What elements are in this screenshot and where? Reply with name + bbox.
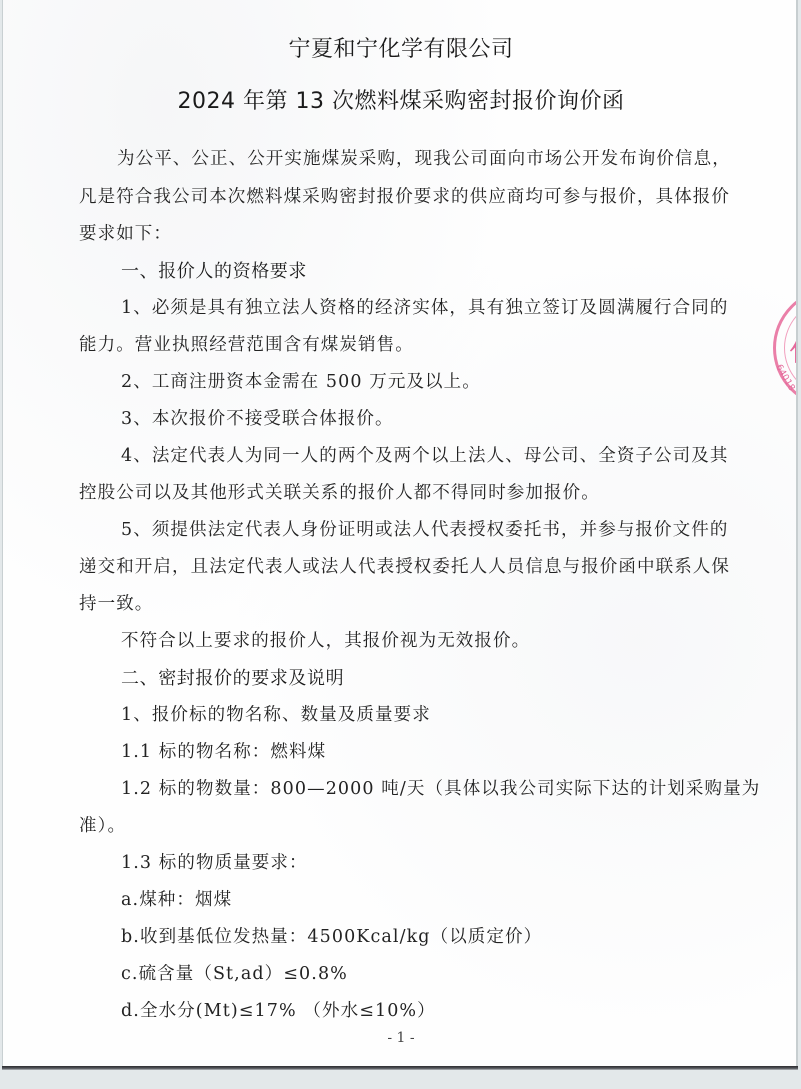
section-2-line-4: 准）。 <box>79 812 126 837</box>
section-2-line-6: a.煤种：烟煤 <box>121 886 232 911</box>
section-2-line-1: 1、报价标的物名称、数量及质量要求 <box>121 701 431 726</box>
section-2-line-5: 1.3 标的物质量要求： <box>121 849 308 874</box>
document-page: 宁夏和宁化学有限公司 2024 年第 13 次燃料煤采购密封报价询价函 为公平、… <box>2 0 798 1068</box>
section-2-line-7: b.收到基低位发热量：4500Kcal/kg（以质定价） <box>121 923 542 948</box>
section-1-line-5: 4、法定代表人为同一人的两个及两个以上法人、母公司、全资子公司及其 <box>121 442 728 467</box>
intro-line-3: 要求如下： <box>79 220 172 245</box>
page-bottom-shadow <box>2 1066 798 1070</box>
section-1-line-7: 5、须提供法定代表人身份证明或法人代表授权委托书，并参与报价文件的 <box>121 516 728 541</box>
section-1-line-10: 不符合以上要求的报价人，其报价视为无效报价。 <box>121 627 530 652</box>
company-name: 宁夏和宁化学有限公司 <box>3 32 798 63</box>
section-2-line-8: c.硫含量（St,ad）≤0.8% <box>121 960 348 985</box>
section-2-line-9: d.全水分(Mt)≤17% （外水≤10%） <box>121 997 436 1022</box>
section-1-heading: 一、报价人的资格要求 <box>121 257 307 283</box>
section-1-line-1: 1、必须是具有独立法人资格的经济实体，具有独立签订及圆满履行合同的 <box>121 294 728 319</box>
section-1-line-2: 能力。营业执照经营范围含有煤炭销售。 <box>79 331 414 356</box>
document-viewer: 宁夏和宁化学有限公司 2024 年第 13 次燃料煤采购密封报价询价函 为公平、… <box>0 0 801 1089</box>
stamp-character: 化 <box>790 325 798 369</box>
section-2-line-2: 1.1 标的物名称：燃料煤 <box>121 738 326 763</box>
section-2-line-3: 1.2 标的物数量：800—2000 吨/天（具体以我公司实际下达的计划采购量为 <box>121 775 760 800</box>
section-1-line-3: 2、工商注册资本金需在 500 万元及以上。 <box>121 368 481 393</box>
page-number: - 1 - <box>3 1030 798 1046</box>
company-seal-stamp: 化 64018 <box>773 288 798 408</box>
intro-line-2: 凡是符合我公司本次燃料煤采购密封报价要求的供应商均可参与报价，具体报价 <box>79 183 730 208</box>
intro-line-1: 为公平、公正、公开实施煤炭采购，现我公司面向市场公开发布询价信息， <box>117 145 731 170</box>
section-1-line-9: 持一致。 <box>79 590 153 615</box>
section-1-line-8: 递交和开启，且法定代表人或法人代表授权委托人人员信息与报价函中联系人保 <box>79 553 730 578</box>
document-title: 2024 年第 13 次燃料煤采购密封报价询价函 <box>3 84 798 115</box>
section-1-line-4: 3、本次报价不接受联合体报价。 <box>121 405 394 430</box>
section-1-line-6: 控股公司以及其他形式关联关系的报价人都不得同时参加报价。 <box>79 479 600 504</box>
section-2-heading: 二、密封报价的要求及说明 <box>121 664 344 690</box>
